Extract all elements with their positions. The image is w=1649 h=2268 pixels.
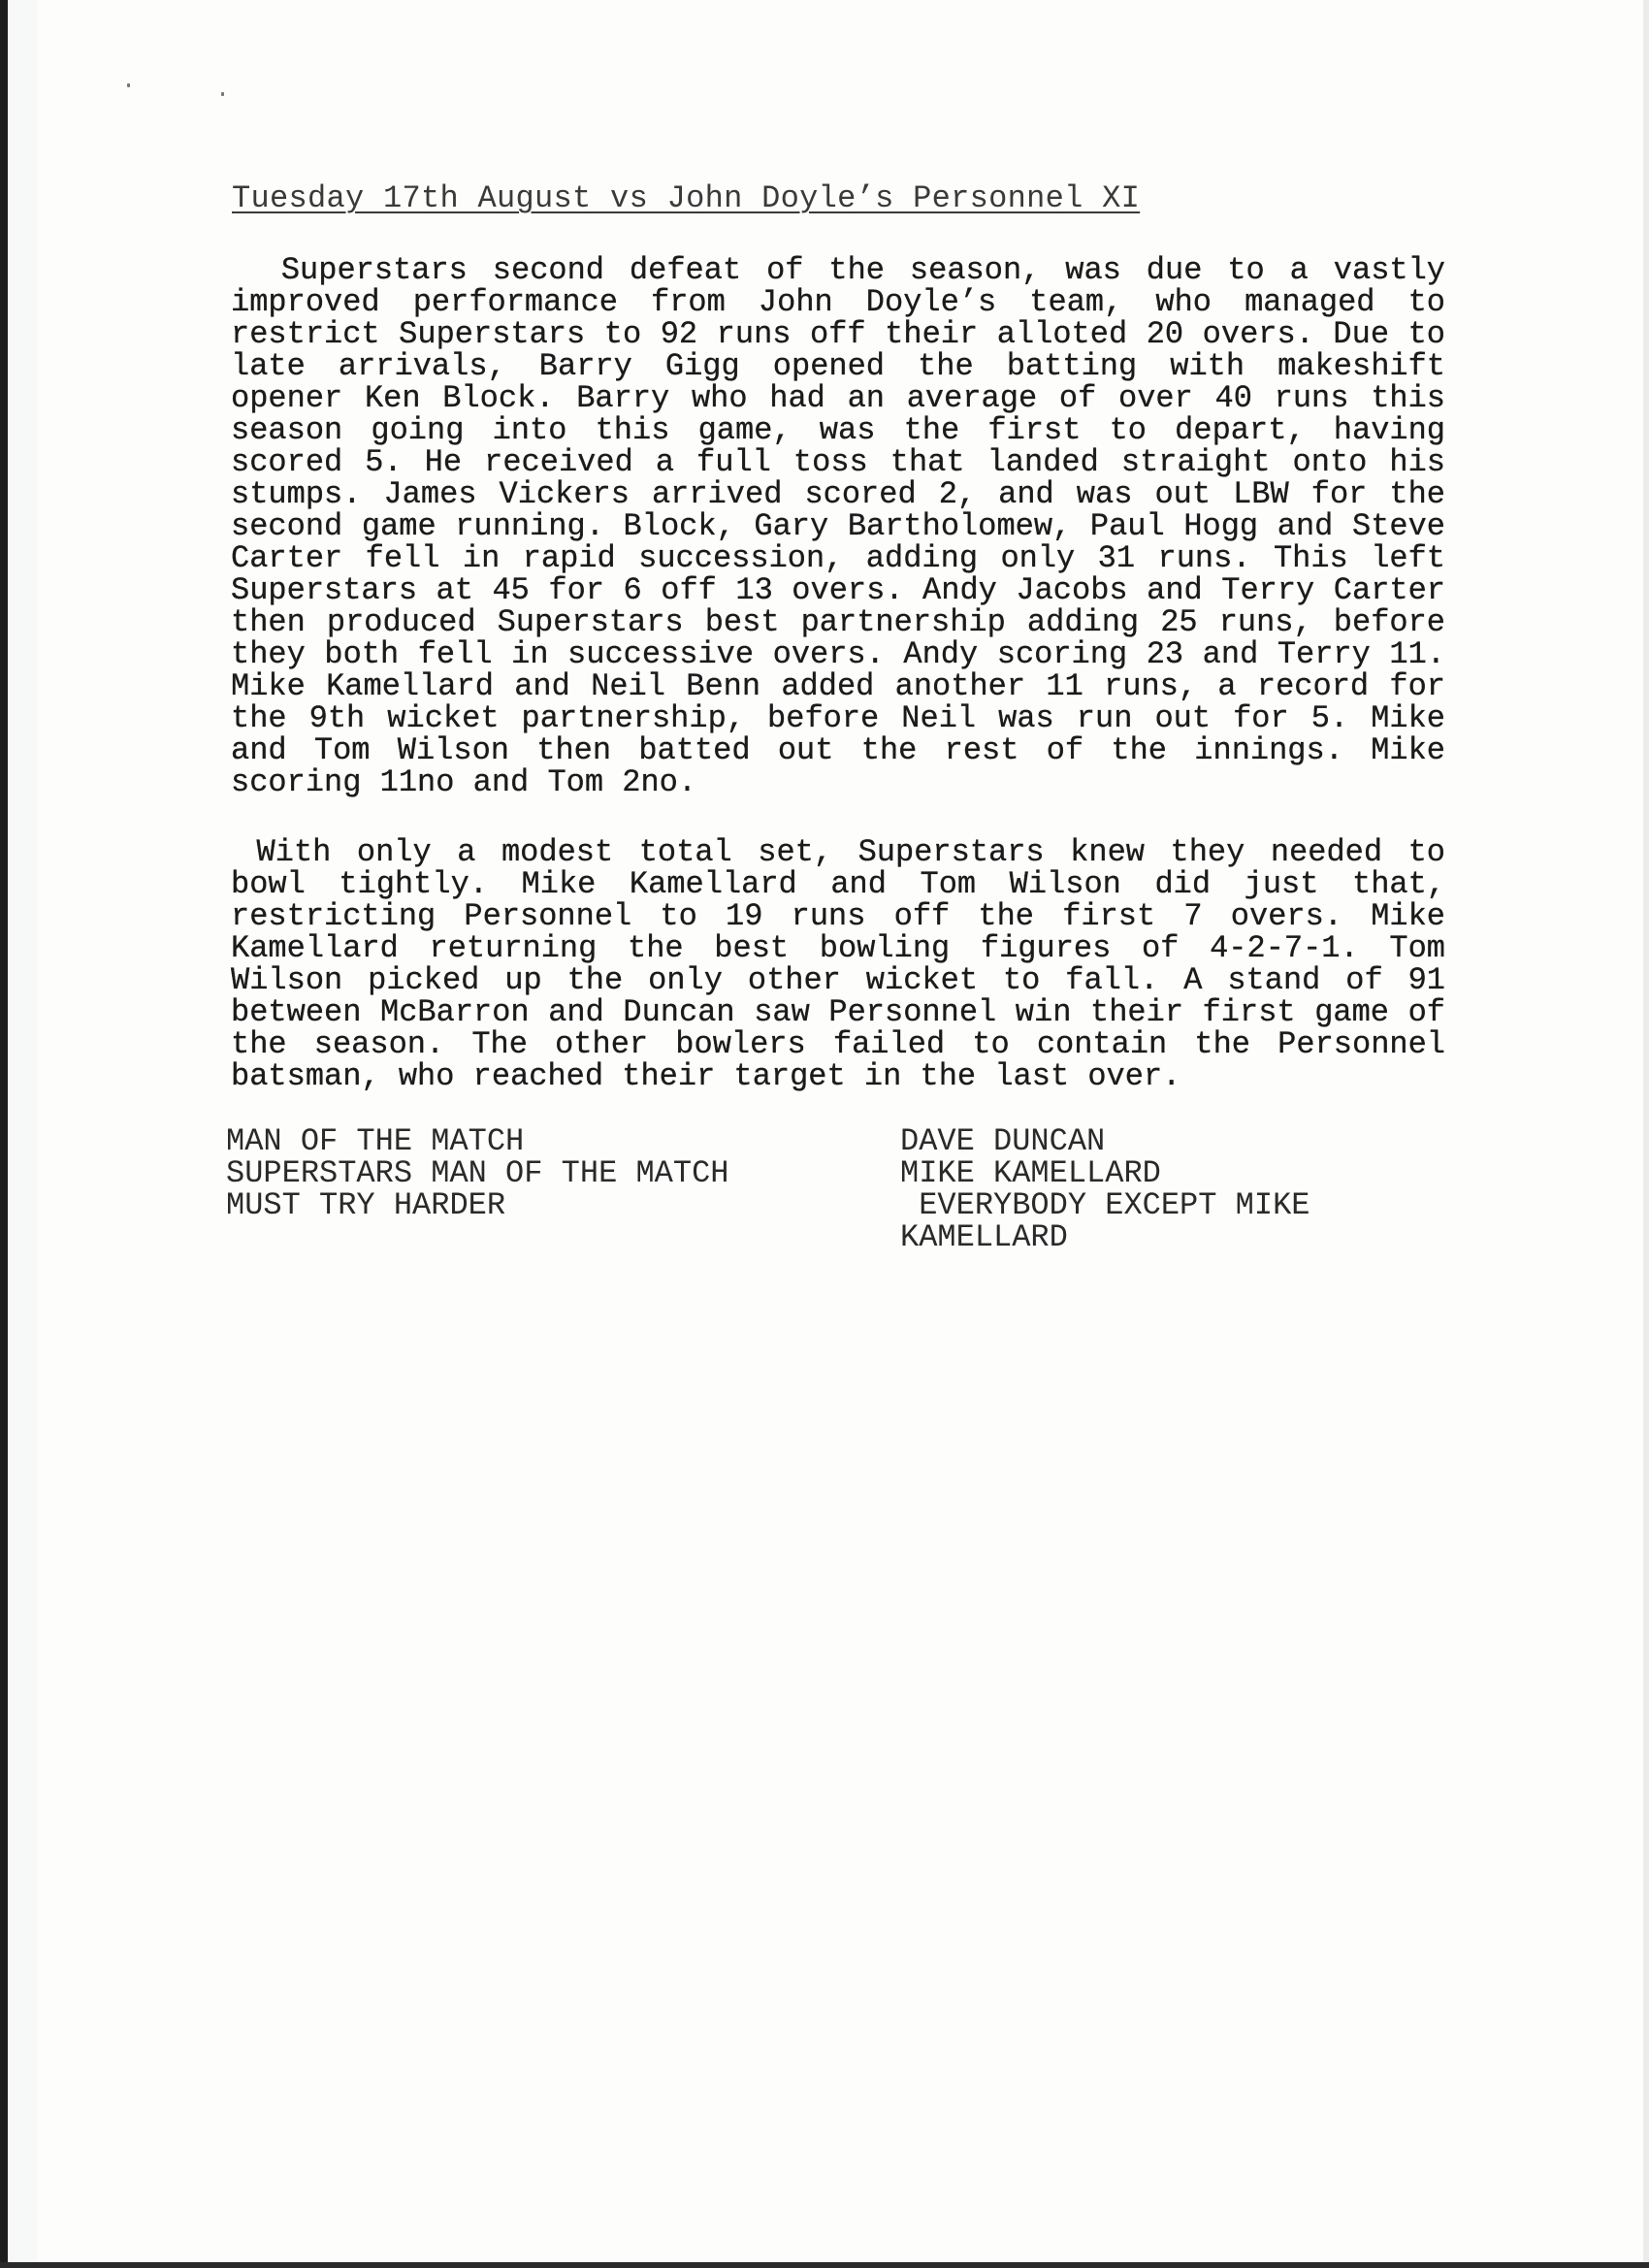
scan-margin-left bbox=[8, 0, 37, 2268]
scan-speck bbox=[221, 92, 224, 96]
awards-table: MAN OF THE MATCH DAVE DUNCAN SUPERSTARS … bbox=[226, 1125, 1445, 1253]
award-value: MIKE KAMELLARD bbox=[900, 1157, 1443, 1189]
award-row: SUPERSTARS MAN OF THE MATCH MIKE KAMELLA… bbox=[226, 1157, 1445, 1189]
scan-edge-bottom bbox=[0, 2262, 1649, 2268]
award-value: DAVE DUNCAN bbox=[900, 1125, 1443, 1157]
batting-report-paragraph: Superstars second defeat of the season, … bbox=[231, 254, 1445, 798]
scan-edge-right bbox=[1643, 0, 1649, 2262]
award-label: MAN OF THE MATCH bbox=[226, 1125, 900, 1157]
award-value: EVERYBODY EXCEPT MIKE KAMELLARD bbox=[900, 1189, 1443, 1253]
scan-speck bbox=[127, 83, 130, 87]
award-label: MUST TRY HARDER bbox=[226, 1189, 900, 1253]
match-heading: Tuesday 17th August vs John Doyle’s Pers… bbox=[232, 182, 1140, 214]
bowling-report-paragraph: With only a modest total set, Superstars… bbox=[231, 836, 1445, 1092]
award-row: MAN OF THE MATCH DAVE DUNCAN bbox=[226, 1125, 1445, 1157]
award-label: SUPERSTARS MAN OF THE MATCH bbox=[226, 1157, 900, 1189]
scan-edge-left bbox=[0, 0, 8, 2268]
award-row: MUST TRY HARDER EVERYBODY EXCEPT MIKE KA… bbox=[226, 1189, 1445, 1253]
